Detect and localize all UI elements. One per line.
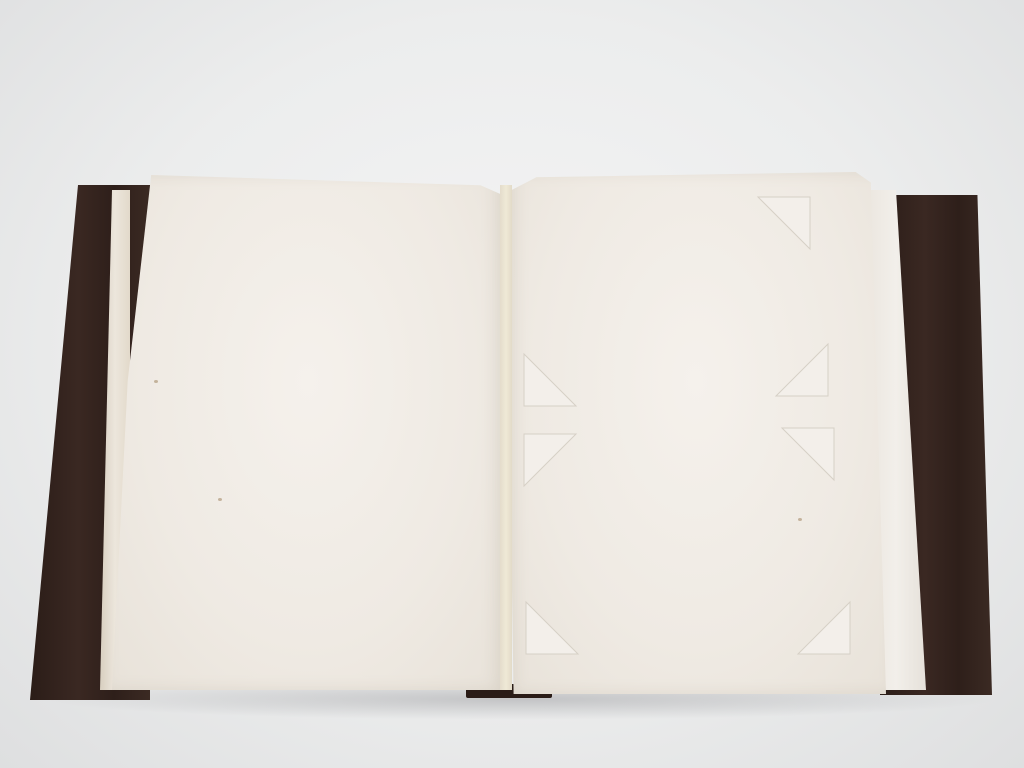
photo-corner-icon <box>522 352 578 408</box>
paper-speck <box>798 518 802 521</box>
photo-scene <box>0 0 1024 768</box>
album-gutter <box>500 185 512 690</box>
photo-corner-icon <box>756 195 812 251</box>
paper-speck <box>154 380 158 383</box>
photo-corner-icon <box>796 600 852 656</box>
photo-corner-icon <box>522 432 578 488</box>
photo-corner-icon <box>780 426 836 482</box>
photo-corner-icon <box>524 600 580 656</box>
album-page-left <box>112 175 504 690</box>
paper-speck <box>218 498 222 501</box>
photo-corner-icon <box>774 342 830 398</box>
